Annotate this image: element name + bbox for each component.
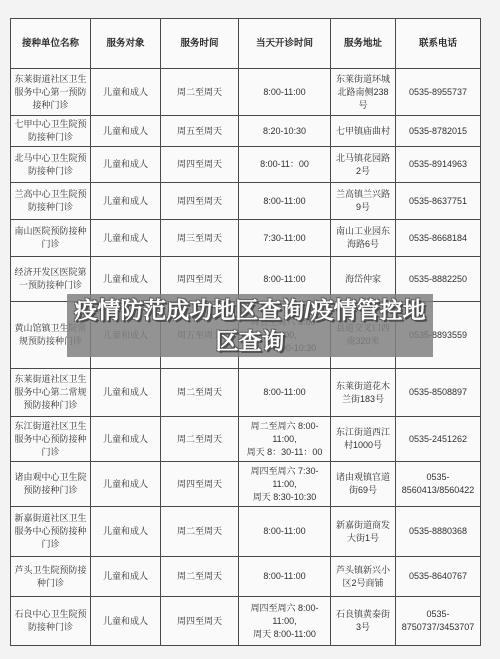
table-row: 七甲中心卫生院预防接种门诊儿童和成人周五至周天8:20-10:30七甲镇庙曲村0… — [11, 116, 481, 147]
cell-name: 东莱街道社区卫生服务中心第一预防接种门诊 — [11, 69, 91, 116]
cell-hours: 7:30-11:00 — [239, 220, 331, 257]
table-row: 兰高中心卫生院预防接种门诊儿童和成人周四至周天8:00-11:00兰高镇兰兴路9… — [11, 183, 481, 220]
cell-name: 新嘉街道社区卫生服务中心预防接种门诊 — [11, 507, 91, 557]
cell-phone: 0535-8668184 — [396, 220, 481, 257]
cell-address: 东莱街道环城北路南侧238号 — [331, 69, 396, 116]
cell-address: 石良镇黄泰街3号 — [331, 597, 396, 646]
cell-hours: 8:00-11:00 — [239, 557, 331, 597]
cell-phone: 0535-8640767 — [396, 557, 481, 597]
cell-address: 新嘉街道商发大街1号 — [331, 507, 396, 557]
table-row: 芦头卫生院预防接种门诊儿童和成人周二至周天8:00-11:00芦头镇新兴小区2号… — [11, 557, 481, 597]
cell-hours: 周二至周六 8:00- 11:00, 周天 8：30-11：00 — [239, 417, 331, 462]
column-header-service-target: 服务对象 — [91, 19, 161, 69]
cell-name: 七甲中心卫生院预防接种门诊 — [11, 116, 91, 147]
table-row: 石良中心卫生院预防接种门诊儿童和成人周四至周天周四至周六 8:00- 11:00… — [11, 597, 481, 646]
cell-target: 儿童和成人 — [91, 557, 161, 597]
watermark-overlay: 疫情防范成功地区查询/疫情管控地区查询 — [67, 294, 433, 357]
cell-schedule: 周四至周天 — [161, 462, 239, 507]
cell-phone: 0535-8637751 — [396, 183, 481, 220]
cell-target: 儿童和成人 — [91, 369, 161, 417]
table-row: 东江街道社区卫生服务中心预防接种门诊儿童和成人周二至周天周二至周六 8:00- … — [11, 417, 481, 462]
cell-address: 北马镇花园路2号 — [331, 147, 396, 183]
cell-target: 儿童和成人 — [91, 183, 161, 220]
cell-name: 兰高中心卫生院预防接种门诊 — [11, 183, 91, 220]
table-row: 东莱街道社区卫生服务中心第一预防接种门诊儿童和成人周二至周天8:00-11:00… — [11, 69, 481, 116]
table-row: 诸由观中心卫生院预防接种门诊儿童和成人周四至周天周四至周六 7:30- 11:0… — [11, 462, 481, 507]
cell-hours: 8:00-11:00 — [239, 507, 331, 557]
cell-target: 儿童和成人 — [91, 597, 161, 646]
cell-name: 诸由观中心卫生院预防接种门诊 — [11, 462, 91, 507]
table-row: 南山医院预防接种门诊儿童和成人周三至周天7:30-11:00南山工业园东海路6号… — [11, 220, 481, 257]
cell-hours: 8:00-11:00 — [239, 183, 331, 220]
page: 接种单位名称 服务对象 服务时间 当天开诊时间 服务地址 联系电话 东莱街道社区… — [0, 0, 500, 659]
column-header-address: 服务地址 — [331, 19, 396, 69]
column-header-unit-name: 接种单位名称 — [11, 19, 91, 69]
cell-phone: 0535-2451262 — [396, 417, 481, 462]
cell-phone: 0535-8914963 — [396, 147, 481, 183]
table-row: 东莱街道社区卫生服务中心第二常规预防接种门诊儿童和成人周二至周天8:00-11:… — [11, 369, 481, 417]
cell-schedule: 周四至周天 — [161, 147, 239, 183]
cell-target: 儿童和成人 — [91, 507, 161, 557]
table-row: 新嘉街道社区卫生服务中心预防接种门诊儿童和成人周二至周天8:00-11:00新嘉… — [11, 507, 481, 557]
cell-schedule: 周五至周天 — [161, 116, 239, 147]
cell-name: 东莱街道社区卫生服务中心第二常规预防接种门诊 — [11, 369, 91, 417]
cell-target: 儿童和成人 — [91, 69, 161, 116]
cell-address: 七甲镇庙曲村 — [331, 116, 396, 147]
table-header: 接种单位名称 服务对象 服务时间 当天开诊时间 服务地址 联系电话 — [11, 19, 481, 69]
cell-schedule: 周三至周天 — [161, 220, 239, 257]
cell-target: 儿童和成人 — [91, 147, 161, 183]
cell-target: 儿童和成人 — [91, 462, 161, 507]
cell-address: 芦头镇新兴小区2号商铺 — [331, 557, 396, 597]
cell-hours: 8:00-11：00 — [239, 147, 331, 183]
table-header-row: 接种单位名称 服务对象 服务时间 当天开诊时间 服务地址 联系电话 — [11, 19, 481, 69]
cell-schedule: 周二至周天 — [161, 557, 239, 597]
column-header-opening-time: 当天开诊时间 — [239, 19, 331, 69]
cell-hours: 8:20-10:30 — [239, 116, 331, 147]
cell-phone: 0535-8955737 — [396, 69, 481, 116]
cell-hours: 8:00-11:00 — [239, 369, 331, 417]
cell-target: 儿童和成人 — [91, 220, 161, 257]
cell-phone: 0535-8782015 — [396, 116, 481, 147]
cell-target: 儿童和成人 — [91, 116, 161, 147]
cell-address: 诸由观镇官道街69号 — [331, 462, 396, 507]
cell-address: 东莱街道花木兰街183号 — [331, 369, 396, 417]
cell-schedule: 周二至周天 — [161, 507, 239, 557]
cell-schedule: 周二至周天 — [161, 69, 239, 116]
cell-phone: 0535-8508897 — [396, 369, 481, 417]
watermark-text: 疫情防范成功地区查询/疫情管控地区查询 — [70, 295, 430, 357]
cell-hours: 周四至周六 7:30- 11:00, 周天 8:30-10:30 — [239, 462, 331, 507]
cell-schedule: 周二至周天 — [161, 417, 239, 462]
cell-name: 石良中心卫生院预防接种门诊 — [11, 597, 91, 646]
column-header-service-time: 服务时间 — [161, 19, 239, 69]
cell-schedule: 周四至周天 — [161, 183, 239, 220]
cell-hours: 8:00-11:00 — [239, 69, 331, 116]
cell-hours: 周四至周六 8:00- 11:00, 周天 8:00-11:00 — [239, 597, 331, 646]
cell-phone: 0535- 8750737/3453707 — [396, 597, 481, 646]
cell-address: 兰高镇兰兴路9号 — [331, 183, 396, 220]
cell-schedule: 周二至周天 — [161, 369, 239, 417]
cell-phone: 0535-8880368 — [396, 507, 481, 557]
cell-address: 南山工业园东海路6号 — [331, 220, 396, 257]
cell-name: 东江街道社区卫生服务中心预防接种门诊 — [11, 417, 91, 462]
cell-target: 儿童和成人 — [91, 417, 161, 462]
cell-name: 芦头卫生院预防接种门诊 — [11, 557, 91, 597]
table-row: 北马中心卫生院预防接种门诊儿童和成人周四至周天8:00-11：00北马镇花园路2… — [11, 147, 481, 183]
cell-schedule: 周四至周天 — [161, 597, 239, 646]
table-body: 东莱街道社区卫生服务中心第一预防接种门诊儿童和成人周二至周天8:00-11:00… — [11, 69, 481, 646]
cell-phone: 0535- 8560413/8560422 — [396, 462, 481, 507]
cell-name: 北马中心卫生院预防接种门诊 — [11, 147, 91, 183]
cell-address: 东江街道西江村1000号 — [331, 417, 396, 462]
column-header-phone: 联系电话 — [396, 19, 481, 69]
cell-name: 南山医院预防接种门诊 — [11, 220, 91, 257]
